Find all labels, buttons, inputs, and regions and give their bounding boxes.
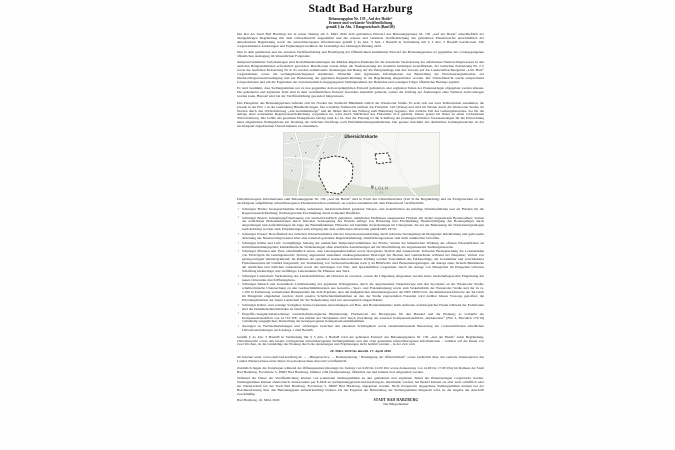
list-item-text: Aussagen zu Wechselbeziehungen und -wirk… (242, 324, 484, 332)
list-item-text: Schutzgut Wasser: Betroffenheit des örtl… (242, 232, 484, 240)
list-item-schutzgut-klima-luft: •Schutzgut Klima und Luft: Geringfügige … (237, 242, 484, 250)
list-item-schutzgut-wasser: •Schutzgut Wasser: Betroffenheit des ört… (237, 233, 484, 241)
paragraph-statements-submission: Während der Dauer der Veröffentlichung k… (237, 377, 484, 397)
bullet-marker: • (238, 304, 239, 308)
list-item-text: Schutzgut Mensch und Gesundheit: Lärmbel… (242, 282, 484, 302)
paragraph-internet-publication: im Internet unter www.stadt-bad-harzburg… (237, 356, 484, 364)
list-item-schutzgut-landschaft: •Schutzgut Landschaft: Veränderung des L… (237, 275, 484, 283)
bullet-marker: • (238, 216, 239, 220)
bullet-marker: • (238, 242, 239, 246)
bullet-marker: • (238, 325, 239, 329)
signature-place-date: Bad Harzburg, 16. März 2020 (237, 399, 279, 403)
bullet-marker: • (238, 312, 239, 316)
list-item-text: Schutzgut Boden: Umnutzung/Überbauung vo… (242, 216, 484, 232)
scanned-notice-page: Stadt Bad Harzburg Bebauungsplan Nr. 139… (0, 0, 675, 450)
list-item-text: Schutzgut Pflanzen und Tiere einschließl… (242, 249, 484, 273)
paragraph-statement-restriction: Es wird bestimmt, dass Stellungnahmen nu… (237, 87, 484, 99)
subtitle-block: Bebauungsplan Nr. 139 „Auf der Heide“ Er… (237, 17, 484, 30)
paragraph-plan-area-description: Das Plangebiet des Bebauungsplanes befin… (237, 102, 484, 129)
list-item-eingriff-ausgleich: •Eingriffs-/Ausgleichsbetrachtung: Lands… (237, 313, 484, 325)
list-item-schutzgut-kultur: •Schutzgut Kultur- und sonstige Sachgüte… (237, 304, 484, 312)
signature-authority: STADT BAD HARZBURG Der Bürgermeister (360, 399, 432, 407)
bullet-marker: • (238, 208, 239, 212)
list-item-schutzgut-flaeche: •Schutzgut Fläche: Inanspruchnahme bisla… (237, 208, 484, 216)
lgln-logo-text: LGLN (375, 185, 389, 190)
list-item-schutzgut-pflanzen-tiere: •Schutzgut Pflanzen und Tiere einschließ… (237, 250, 484, 273)
list-item-text: Schutzgut Klima und Luft: Geringfügige S… (242, 241, 484, 249)
list-item-text: Schutzgut Landschaft: Veränderung des La… (242, 274, 484, 282)
paragraph-changes-intro: Neu in dem geänderten und zur erneuten V… (237, 51, 484, 59)
bullet-marker: • (238, 283, 239, 287)
overview-map: Übersichtskarte LGLN © LGLN (283, 132, 440, 196)
paragraph-publication-legal-basis: Gemäß § 4a Abs. 3 BauGB in Verbindung mi… (237, 336, 484, 348)
list-item-wechselwirkungen: •Aussagen zu Wechselbeziehungen und -wir… (237, 325, 484, 333)
map-attribution: © LGLN (375, 191, 384, 194)
paragraph-council-resolution: Der Rat der Stadt Bad Harzburg hat in se… (237, 33, 484, 49)
environment-topics-list: •Schutzgut Fläche: Inanspruchnahme bisla… (237, 208, 484, 333)
publication-date-range: 20. März 2020 bis einschl. 17. April 202… (237, 350, 484, 354)
paragraph-townhall-inspection: Zusätzlich liegen die Unterlagen während… (237, 367, 484, 375)
bullet-marker: • (238, 275, 239, 279)
list-item-schutzgut-mensch: •Schutzgut Mensch und Gesundheit: Lärmbe… (237, 283, 484, 303)
map-title: Übersichtskarte (344, 134, 378, 139)
bullet-marker: • (238, 233, 239, 237)
list-item-text: Eingriffs-/Ausgleichsbetrachtung: Landsc… (242, 312, 484, 324)
subtitle-line: gemäß § 4a Abs. 3 Baugesetzbuch (BauGB) (237, 25, 484, 29)
signature-role: Der Bürgermeister (360, 403, 432, 407)
bullet-marker: • (238, 250, 239, 254)
list-item-text: Schutzgut Fläche: Inanspruchnahme bislan… (242, 207, 484, 215)
paragraph-change-details: Aufgrund belehmter Zwischenlagen sind Na… (237, 61, 484, 84)
signature-block: Bad Harzburg, 16. März 2020 STADT BAD HA… (237, 399, 484, 407)
map-caption: Umweltbezogene Informationen zum Bebauun… (237, 198, 484, 206)
page-title: Stadt Bad Harzburg (237, 3, 484, 16)
list-item-text: Schutzgut Kultur- und sonstige Sachgüter… (242, 303, 484, 311)
document-column: Stadt Bad Harzburg Bebauungsplan Nr. 139… (237, 3, 484, 407)
overview-map-graphic: Übersichtskarte LGLN © LGLN (283, 132, 440, 196)
list-item-schutzgut-boden: •Schutzgut Boden: Umnutzung/Überbauung v… (237, 217, 484, 233)
